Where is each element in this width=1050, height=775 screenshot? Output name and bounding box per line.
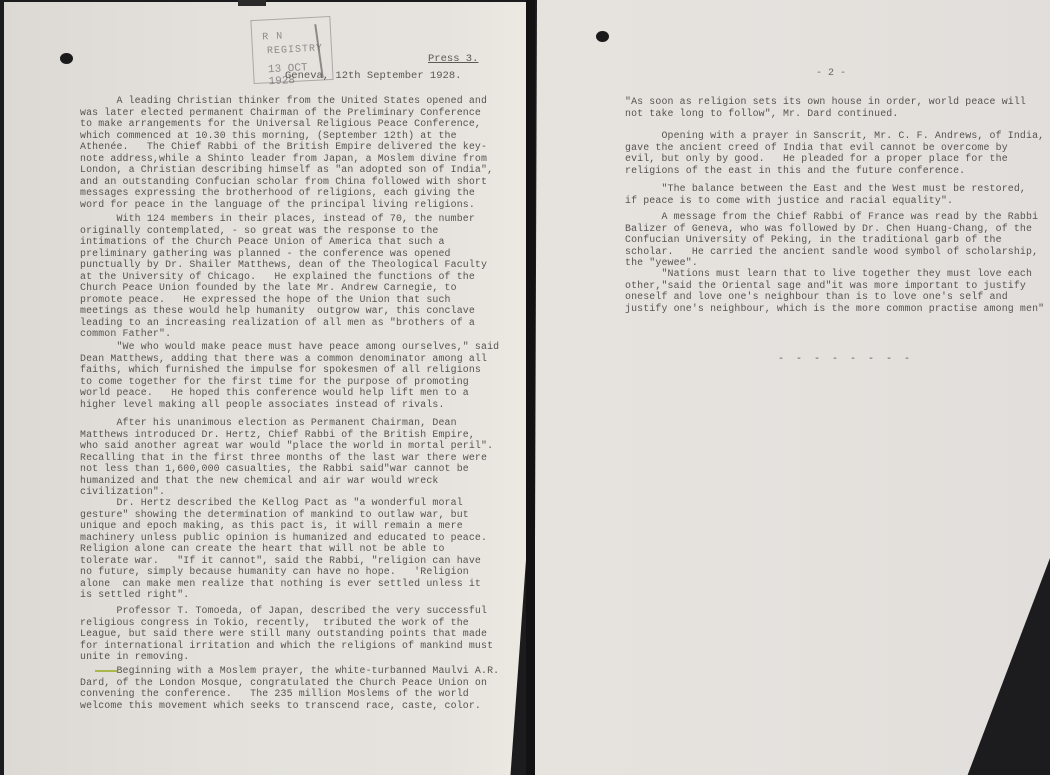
press-release-heading: Press 3. bbox=[428, 53, 478, 65]
paragraph: "The balance between the East and the We… bbox=[625, 183, 1026, 206]
punch-hole-icon bbox=[60, 53, 73, 64]
paragraph: A leading Christian thinker from the Uni… bbox=[80, 95, 493, 210]
end-of-text-marker: - - - - - - - - bbox=[778, 354, 913, 365]
dateline: Geneva, 12th September 1928. bbox=[285, 70, 461, 82]
paragraph: Beginning with a Moslem prayer, the whit… bbox=[80, 665, 499, 711]
paragraph: Opening with a prayer in Sanscrit, Mr. C… bbox=[625, 130, 1044, 176]
punch-hole-icon bbox=[596, 31, 609, 42]
stamp-line-1: R N bbox=[262, 31, 284, 44]
page-number: - 2 - bbox=[816, 68, 846, 79]
stamp-line-2: REGISTRY bbox=[267, 43, 324, 58]
paragraph: "Nations must learn that to live togethe… bbox=[625, 268, 1044, 314]
paragraph: With 124 members in their places, instea… bbox=[80, 213, 487, 340]
paragraph: After his unanimous election as Permanen… bbox=[80, 417, 493, 498]
paragraph: "As soon as religion sets its own house … bbox=[625, 96, 1026, 119]
paragraph: "We who would make peace must have peace… bbox=[80, 341, 499, 410]
paper-clip-tab bbox=[238, 0, 266, 6]
binding-gutter bbox=[526, 0, 535, 775]
paragraph: Dr. Hertz described the Kellog Pact as "… bbox=[80, 497, 487, 601]
paragraph: Professor T. Tomoeda, of Japan, describe… bbox=[80, 605, 493, 663]
paragraph: A message from the Chief Rabbi of France… bbox=[625, 211, 1038, 269]
